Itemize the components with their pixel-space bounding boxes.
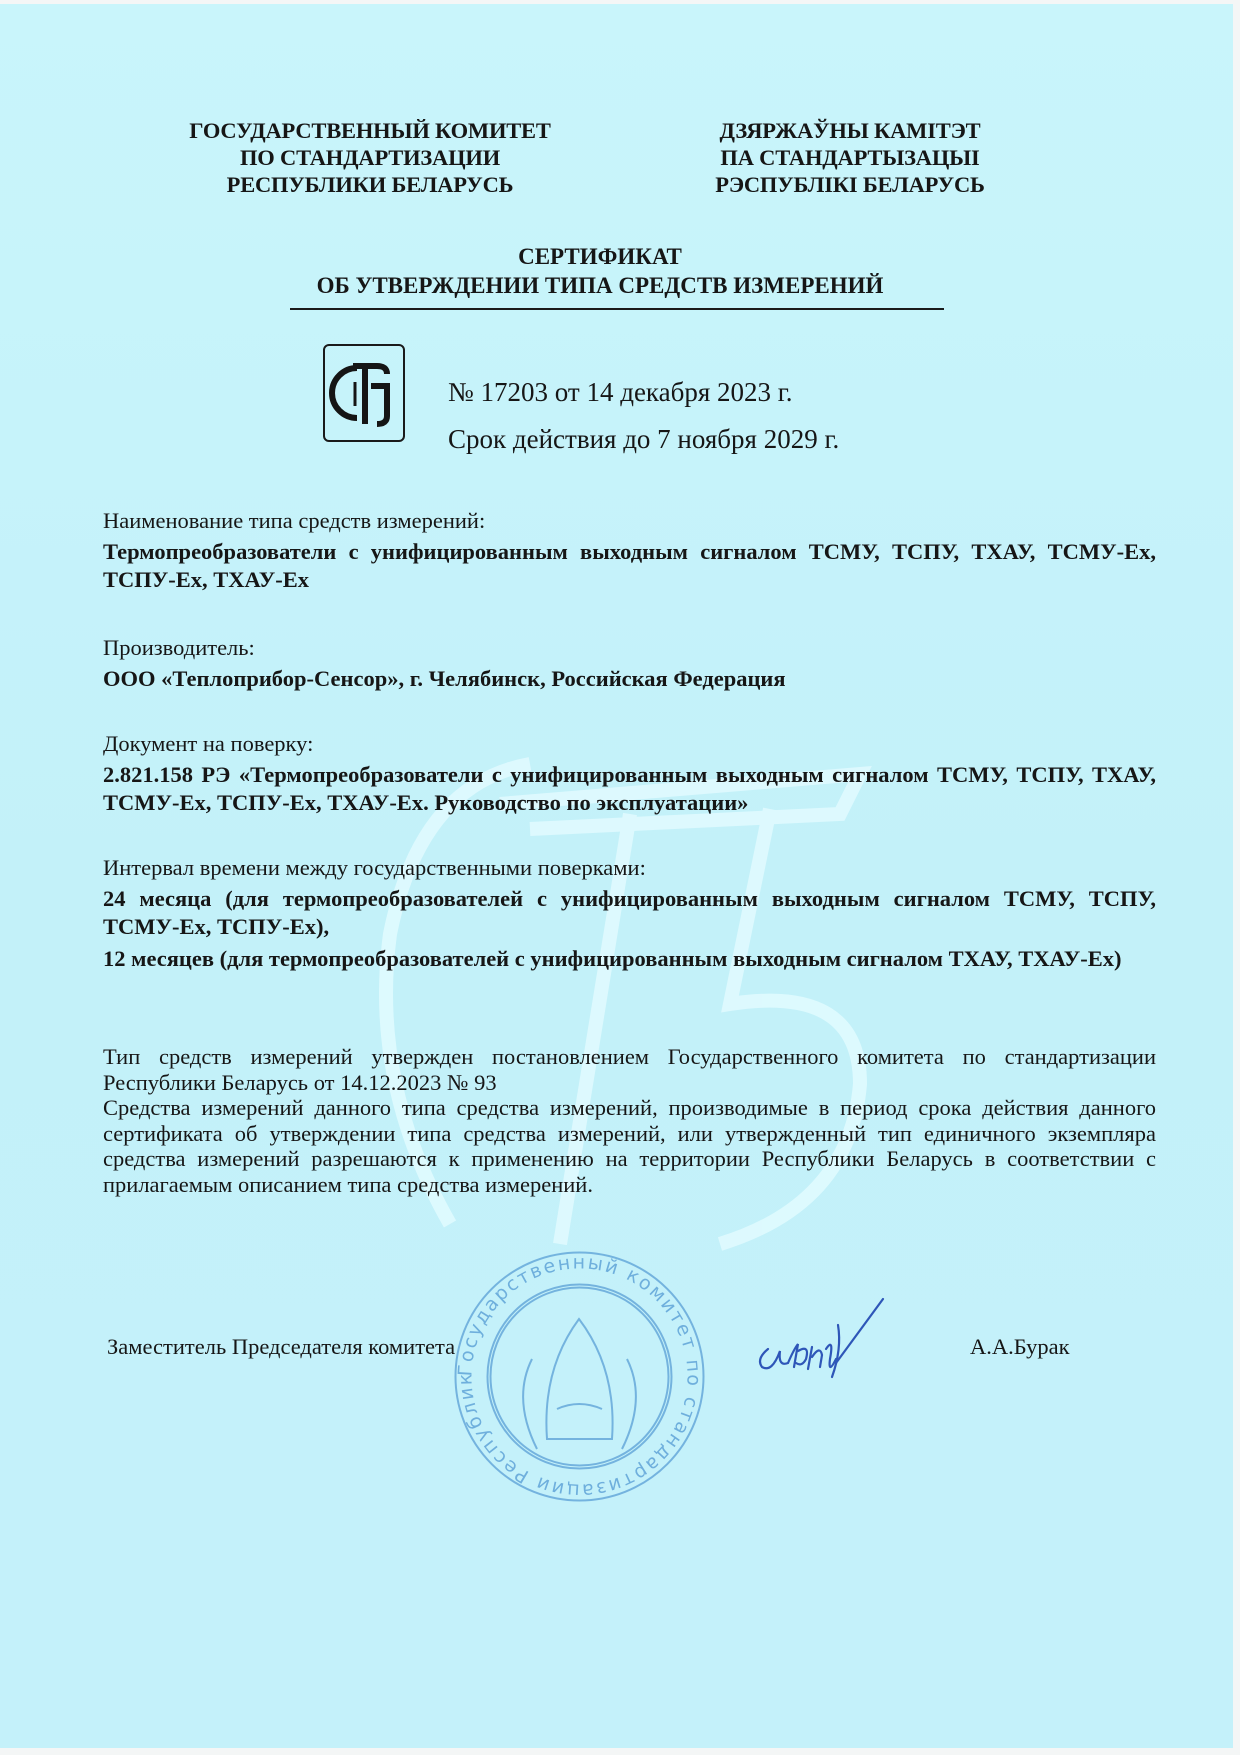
verification-doc-value: 2.821.158 РЭ «Термопреобразователи с уни… [103, 761, 1156, 817]
header-right-line: ПА СТАНДАРТЫЗАЦЫІ [650, 144, 1050, 171]
title-divider [290, 308, 944, 310]
title-line-1: СЕРТИФИКАТ [250, 242, 950, 271]
certificate-page: ГОСУДАРСТВЕННЫЙ КОМИТЕТ ПО СТАНДАРТИЗАЦИ… [0, 4, 1233, 1748]
handwritten-signature [748, 1289, 888, 1389]
signatory-name: А.А.Бурак [970, 1334, 1070, 1360]
header-left-line: ПО СТАНДАРТИЗАЦИИ [160, 144, 580, 171]
committee-name-ru: ГОСУДАРСТВЕННЫЙ КОМИТЕТ ПО СТАНДАРТИЗАЦИ… [160, 117, 580, 198]
interval-value-12: 12 месяцев (для термопреобразователей с … [103, 945, 1156, 973]
committee-name-be: ДЗЯРЖАЎНЫ КАМІТЭТ ПА СТАНДАРТЫЗАЦЫІ РЭСП… [650, 117, 1050, 198]
header-right-line: ДЗЯРЖАЎНЫ КАМІТЭТ [650, 117, 1050, 144]
interval-value-24: 24 месяца (для термопреобразователей с у… [103, 885, 1156, 941]
validity-date: Срок действия до 7 ноября 2029 г. [448, 423, 839, 455]
approval-decree: Тип средств измерений утвержден постанов… [103, 1044, 1156, 1095]
section-type-name: Наименование типа средств измерений: Тер… [103, 507, 1156, 594]
type-name-label: Наименование типа средств измерений: [103, 507, 1156, 534]
section-interval: Интервал времени между государственными … [103, 854, 1156, 973]
section-verification-doc: Документ на поверку: 2.821.158 РЭ «Термо… [103, 730, 1156, 817]
approval-terms: Средства измерений данного типа средства… [103, 1095, 1156, 1197]
manufacturer-value: ООО «Теплоприбор-Сенсор», г. Челябинск, … [103, 665, 1156, 693]
stb-logo-icon [325, 346, 403, 440]
document-title: СЕРТИФИКАТ ОБ УТВЕРЖДЕНИИ ТИПА СРЕДСТВ И… [250, 242, 950, 300]
verification-doc-label: Документ на поверку: [103, 730, 1156, 757]
header-left-line: ГОСУДАРСТВЕННЫЙ КОМИТЕТ [160, 117, 580, 144]
header-right-line: РЭСПУБЛІКІ БЕЛАРУСЬ [650, 171, 1050, 198]
signatory-position: Заместитель Председателя комитета [107, 1334, 455, 1360]
header-left-line: РЕСПУБЛИКИ БЕЛАРУСЬ [160, 171, 580, 198]
certificate-number: № 17203 от 14 декабря 2023 г. [448, 376, 793, 408]
stb-logo [323, 344, 405, 442]
section-approval: Тип средств измерений утвержден постанов… [103, 1044, 1156, 1197]
title-line-2: ОБ УТВЕРЖДЕНИИ ТИПА СРЕДСТВ ИЗМЕРЕНИЙ [250, 271, 950, 300]
manufacturer-label: Производитель: [103, 634, 1156, 661]
official-stamp: Государственный комитет по стандартизаци… [452, 1249, 707, 1504]
interval-label: Интервал времени между государственными … [103, 854, 1156, 881]
section-manufacturer: Производитель: ООО «Теплоприбор-Сенсор»,… [103, 634, 1156, 693]
type-name-value: Термопреобразователи с унифицированным в… [103, 538, 1156, 594]
